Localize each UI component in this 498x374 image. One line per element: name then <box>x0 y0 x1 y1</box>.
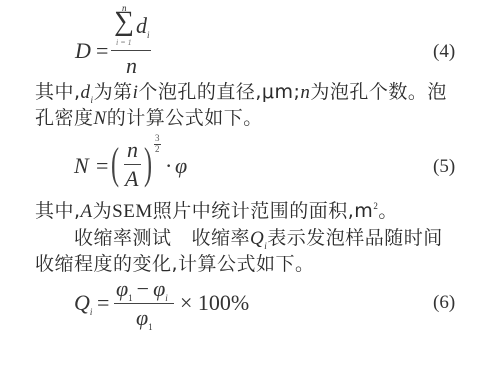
eq6-equals: = <box>97 290 109 316</box>
eq5-phi: φ <box>175 153 187 179</box>
paragraph-1-line-2: 孔密度N的计算公式如下。 <box>35 106 263 131</box>
eq6-denominator: φ1 <box>136 305 153 331</box>
eq4-number: (4) <box>433 41 455 63</box>
eq4-numerator: di <box>136 13 150 39</box>
eq4-lhs: D <box>75 38 91 64</box>
eq5-lhs: N <box>74 153 89 179</box>
eq5-number: (5) <box>433 156 455 178</box>
section-heading: 收缩率测试 <box>74 227 172 249</box>
eq5-equals: = <box>96 153 108 179</box>
eq6-times-100-percent: × 100% <box>180 290 249 316</box>
paragraph-3-line-1: 收缩率测试收缩率Qi表示发泡样品随时间 <box>74 226 443 253</box>
eq5-right-paren: ) <box>144 138 152 189</box>
eq4-denominator: n <box>126 53 137 79</box>
eq5-exp-num: 3 <box>155 133 160 143</box>
eq4-equals: = <box>96 38 108 64</box>
eq4-fraction-line <box>111 50 151 51</box>
eq4-sum-symbol: ∑ <box>114 6 134 38</box>
eq5-dot: · <box>165 153 172 179</box>
eq6-lhs: Qi <box>74 290 92 316</box>
eq6-number: (6) <box>433 292 455 314</box>
paragraph-3-line-2: 收缩程度的变化,计算公式如下。 <box>35 252 315 276</box>
eq4-sum-lower: i = 1 <box>116 38 132 47</box>
paragraph-1-line-1: 其中,di为第i个泡孔的直径,μm;n为泡孔个数。泡 <box>35 80 447 107</box>
eq6-numerator: φ1−φi <box>116 276 168 302</box>
paragraph-2-line-1: 其中,A为SEM照片中统计范围的面积,m2。 <box>35 199 398 226</box>
eq5-numerator: n <box>127 137 138 163</box>
eq5-exp-den: 2 <box>155 144 160 154</box>
eq5-left-paren: ( <box>111 138 119 189</box>
eq5-denominator: A <box>125 166 138 192</box>
